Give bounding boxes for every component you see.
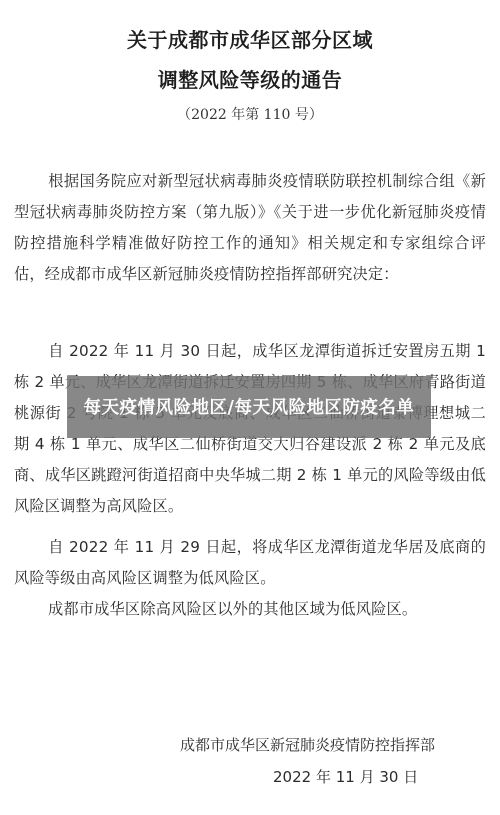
signature-date: 2022 年 11 月 30 日 xyxy=(273,766,418,787)
document-title-line-2: 调整风险等级的通告 xyxy=(0,64,500,93)
caption-overlay-text: 每天疫情风险地区/每天风险地区防疫名单 xyxy=(79,394,419,420)
paragraph-other-areas: 成都市成华区除高风险区以外的其他区域为低风险区。 xyxy=(14,594,486,625)
document-title-line-1: 关于成都市成华区部分区域 xyxy=(0,24,500,53)
signature-organization: 成都市成华区新冠肺炎疫情防控指挥部 xyxy=(180,734,435,755)
paragraph-basis: 根据国务院应对新型冠状病毒肺炎疫情联防联控机制综合组《新型冠状病毒肺炎防控方案（… xyxy=(14,166,486,290)
paragraph-low-risk-adjustment: 自 2022 年 11 月 29 日起，将成华区龙潭街道龙华居及底商的风险等级由… xyxy=(14,532,486,594)
caption-overlay-banner: 每天疫情风险地区/每天风险地区防疫名单 xyxy=(67,376,431,438)
paragraph-text: 成都市成华区除高风险区以外的其他区域为低风险区。 xyxy=(48,600,417,618)
paragraph-text: 根据国务院应对新型冠状病毒肺炎疫情联防联控机制综合组《新型冠状病毒肺炎防控方案（… xyxy=(14,172,486,283)
paragraph-text: 自 2022 年 11 月 29 日起，将成华区龙潭街道龙华居及底商的风险等级由… xyxy=(14,538,486,587)
document-number: （2022 年第 110 号） xyxy=(0,104,500,124)
